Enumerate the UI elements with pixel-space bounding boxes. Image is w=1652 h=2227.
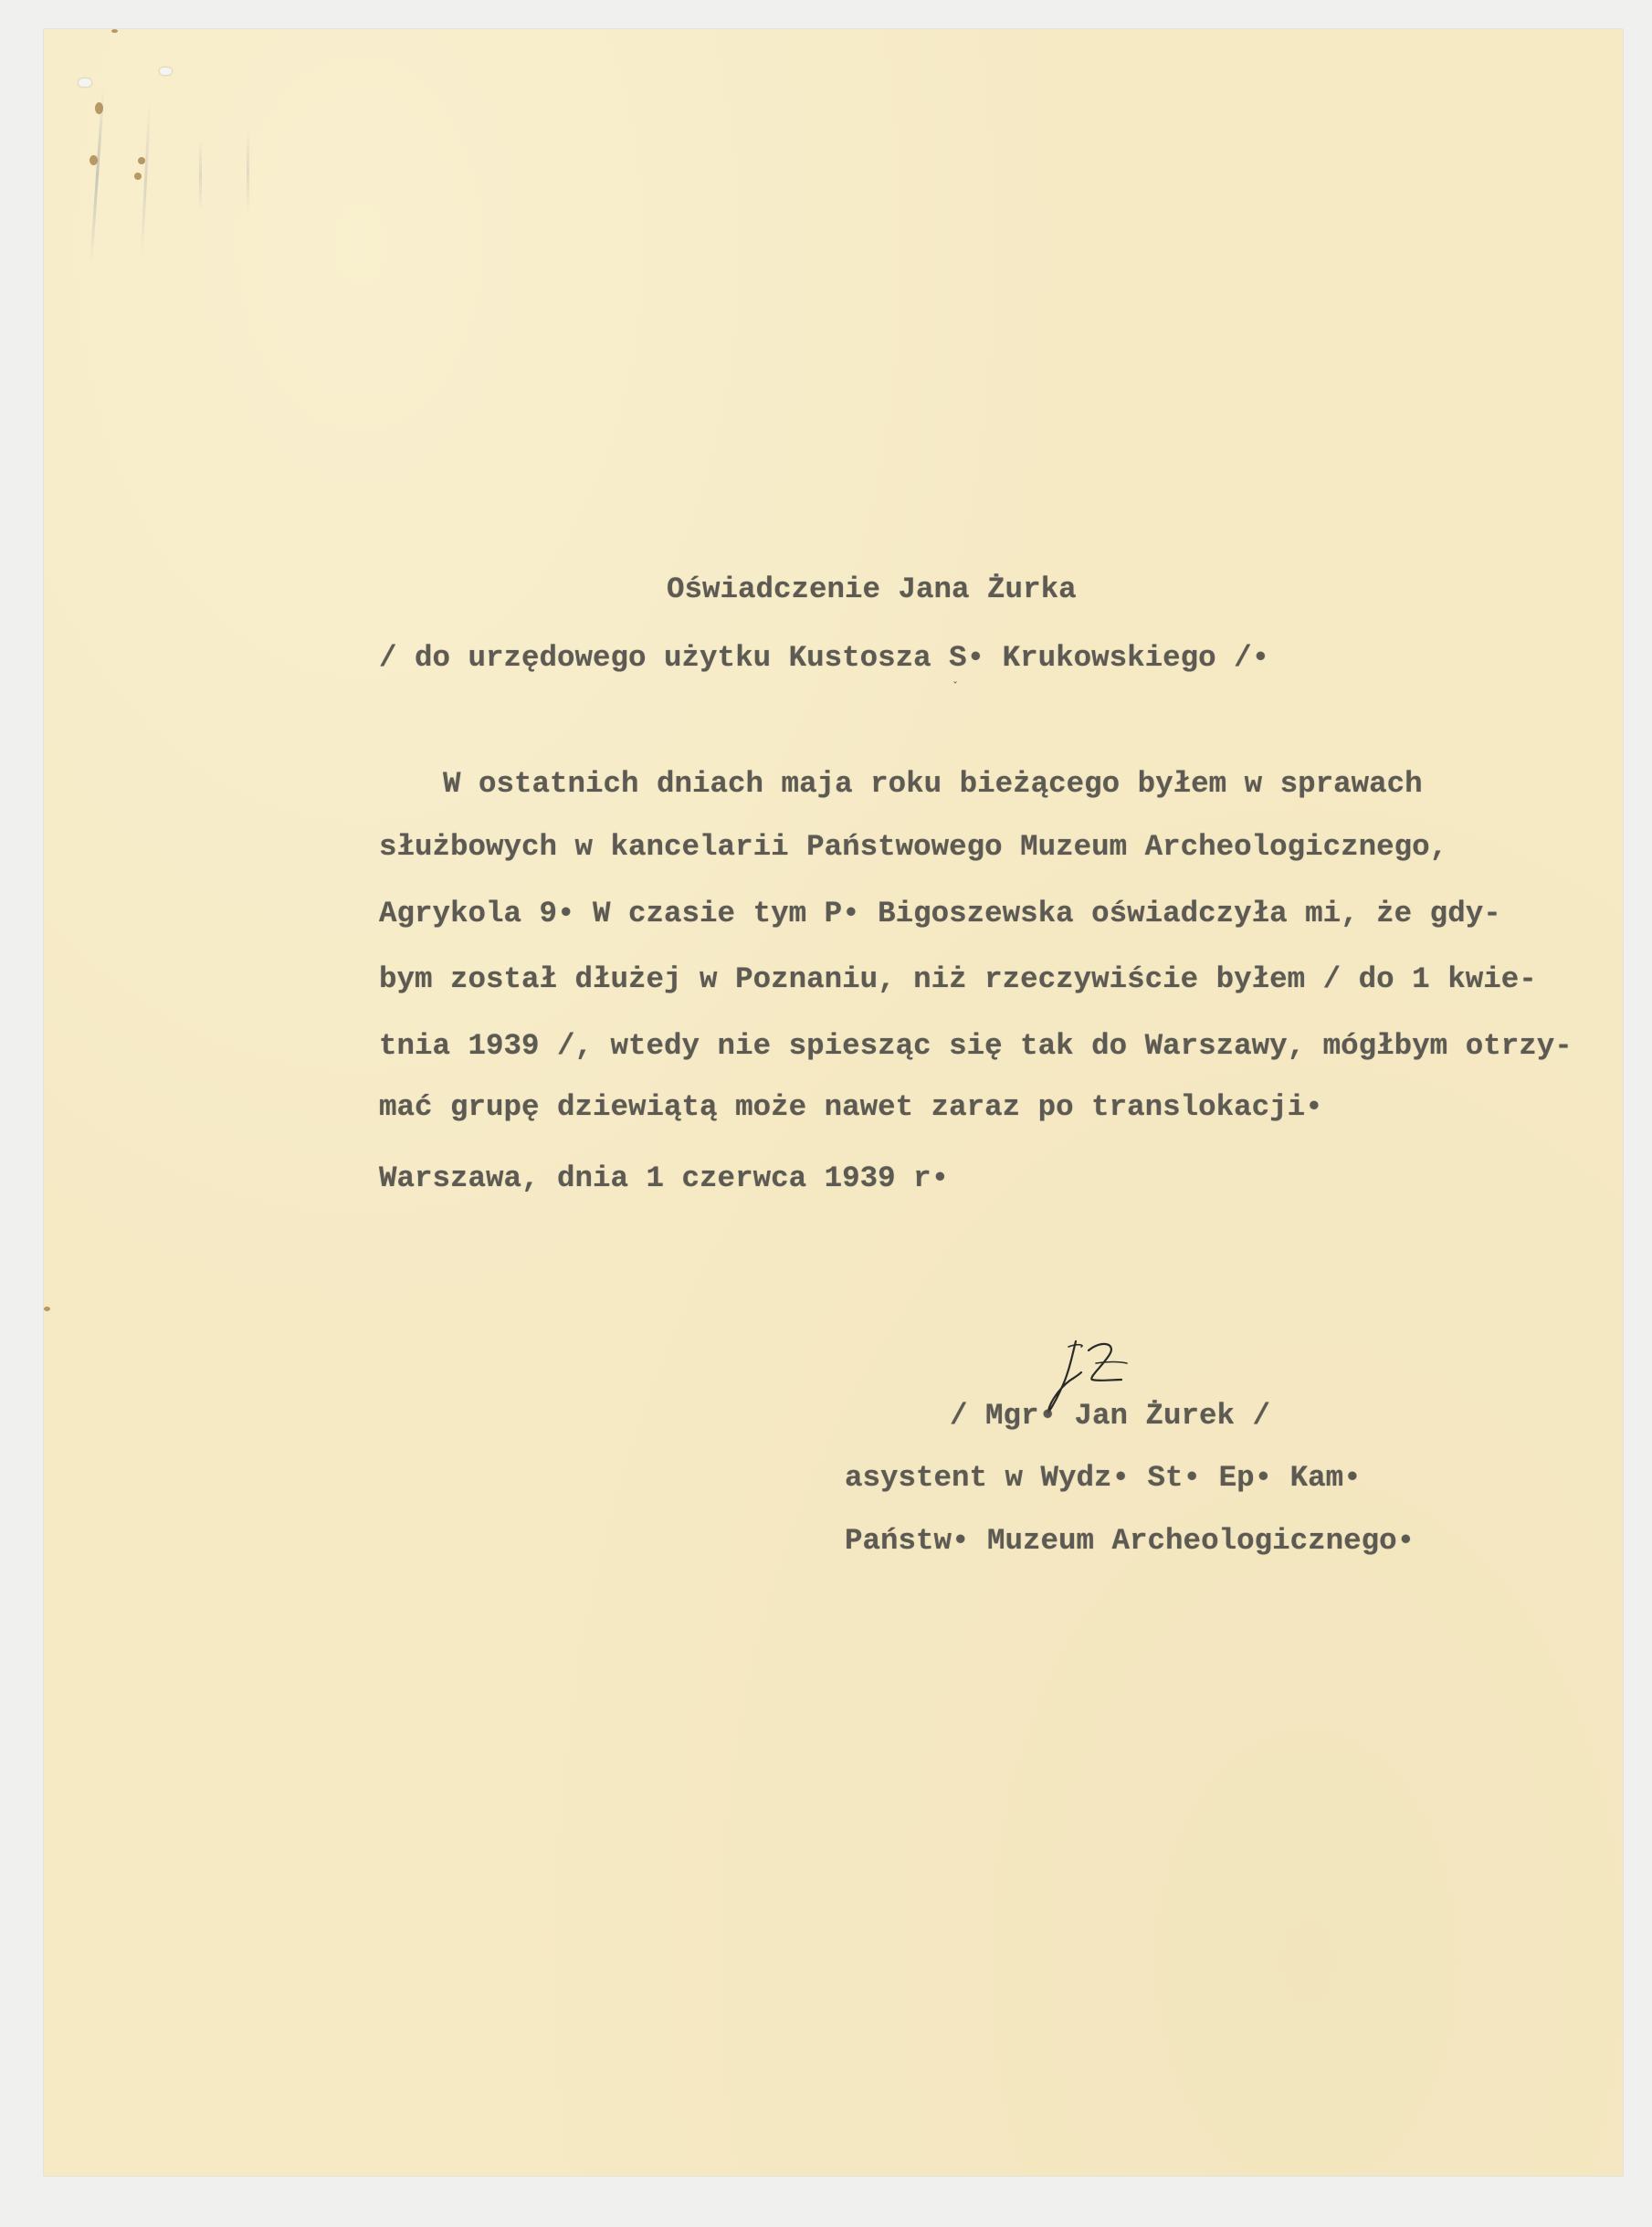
place-and-date: Warszawa, dnia 1 czerwca 1939 r•	[379, 1164, 949, 1194]
punch-hole	[160, 68, 172, 75]
rust-spot	[44, 1307, 50, 1311]
body-line: Agrykola 9• W czasie tym P• Bigoszewska …	[379, 899, 1501, 930]
signatory-institution: Państw• Muzeum Archeologicznego•	[845, 1527, 1415, 1557]
punch-hole	[79, 79, 91, 87]
document-title: Oświadczenie Jana Żurka	[667, 575, 1077, 605]
document-subtitle: / do urzędowego użytku Kustosza S• Kruko…	[379, 644, 1269, 674]
body-line: służbowych w kancelarii Państwowego Muze…	[379, 833, 1447, 863]
body-line: W ostatnich dniach maja roku bieżącego b…	[443, 770, 1423, 800]
pencil-mark: ˇ	[952, 680, 958, 693]
crease-mark	[199, 139, 202, 212]
rust-spot	[111, 29, 118, 33]
body-line: mać grupę dziewiątą może nawet zaraz po …	[379, 1093, 1323, 1123]
crease-mark	[247, 130, 249, 212]
rust-spot	[89, 155, 98, 165]
signatory-name: / Mgr• Jan Żurek /	[950, 1402, 1270, 1432]
crease-mark	[141, 102, 152, 257]
body-line: tnia 1939 /, wtedy nie spiesząc się tak …	[379, 1032, 1573, 1062]
signatory-role: asystent w Wydz• St• Ep• Kam•	[845, 1464, 1362, 1494]
rust-spot	[95, 102, 103, 114]
rust-spot	[138, 157, 145, 164]
rust-spot	[134, 173, 142, 180]
body-line: bym został dłużej w Poznaniu, niż rzeczy…	[379, 965, 1537, 995]
crease-mark	[89, 89, 104, 262]
